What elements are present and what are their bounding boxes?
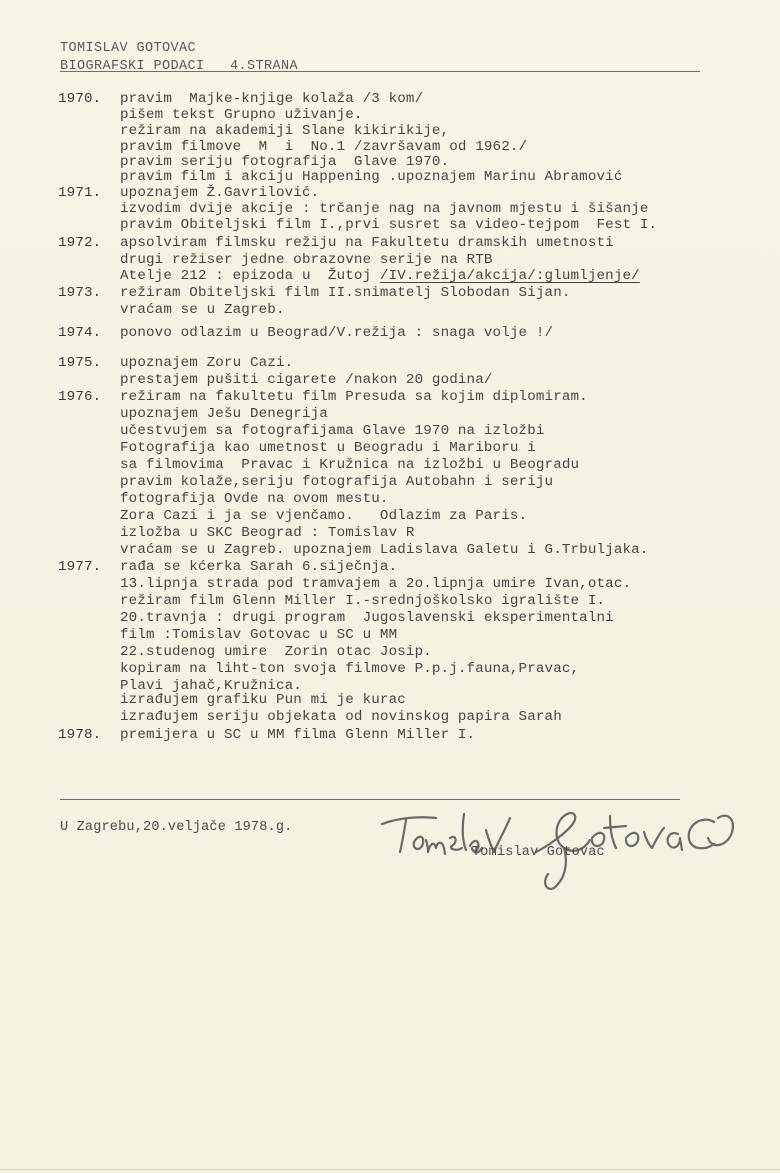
entry-row: učestvujem sa fotografijama Glave 1970 n… [58, 423, 778, 440]
entry-text: Fotografija kao umetnost u Beogradu i Ma… [120, 440, 778, 457]
entry-text: izložba u SKC Beograd : Tomislav R [120, 525, 778, 542]
entry-row: 1978.premijera u SC u MM filma Glenn Mil… [58, 727, 778, 744]
entry-text: učestvujem sa fotografijama Glave 1970 n… [120, 423, 778, 440]
entry-text-main: Fotografija kao umetnost u Beogradu i Ma… [120, 440, 536, 456]
entry-text-main: Zora Cazi i ja se vjenčamo. Odlazim za P… [120, 508, 527, 524]
entry-text: ponovo odlazim u Beograd/V.režija : snag… [120, 319, 778, 347]
entry-row: pišem tekst Grupno uživanje. [58, 107, 778, 123]
entry-text: 13.lipnja strada pod tramvajem a 2o.lipn… [120, 576, 778, 593]
entry-row: vraćam se u Zagreb. upoznajem Ladislava … [58, 542, 778, 559]
entry-text-main: Atelje 212 : epizoda u Žutoj [120, 268, 380, 284]
entry-text: režiram na akademiji Slane kikirikije, [120, 123, 778, 139]
entry-text: prestajem pušiti cigarete /nakon 20 godi… [120, 372, 778, 389]
entry-text: apsolviram filmsku režiju na Fakultetu d… [120, 234, 778, 252]
entry-row: 1972.apsolviram filmsku režiju na Fakult… [58, 234, 778, 252]
entry-text-main: rađa se kćerka Sarah 6.siječnja. [120, 559, 397, 575]
entry-text: upoznajem Ješu Denegrija [120, 406, 778, 423]
entry-text-main: upoznajem Ješu Denegrija [120, 406, 328, 422]
entry-year [58, 491, 120, 508]
entry-text-main: režiram na fakultetu film Presuda sa koj… [120, 389, 588, 405]
entry-row: sa filmovima Pravac i Kružnica na izložb… [58, 457, 778, 474]
entry-text-main: pravim filmove M i No.1 /završavam od 19… [120, 139, 527, 155]
entry-text-main: pišem tekst Grupno uživanje. [120, 107, 363, 123]
entry-row: Fotografija kao umetnost u Beogradu i Ma… [58, 440, 778, 457]
entry-year [58, 694, 120, 707]
entry-row: 22.studenog umire Zorin otac Josip. [58, 644, 778, 661]
entry-year: 1978. [58, 727, 120, 744]
entry-text-main: režiram na akademiji Slane kikirikije, [120, 123, 449, 139]
entry-text: pravim Majke-knjige kolaža /3 kom/ [120, 91, 778, 107]
entry-row: vraćam se u Zagreb. [58, 302, 778, 319]
entry-text-main: upoznajem Ž.Gavrilović. [120, 185, 319, 201]
place-and-date: U Zagrebu,20.veljače 1978.g. [60, 820, 292, 835]
entry-row: pravim kolaže,seriju fotografija Autobah… [58, 474, 778, 491]
entry-text-main: izvodim dvije akcije : trčanje nag na ja… [120, 201, 649, 217]
entry-text: kopiram na liht-ton svoja filmove P.p.j.… [120, 661, 778, 678]
entry-row: drugi režiser jedne obrazovne serije na … [58, 252, 778, 268]
entry-year [58, 139, 120, 155]
entry-year: 1977. [58, 559, 120, 576]
entry-text-main: premijera u SC u MM filma Glenn Miller I… [120, 727, 475, 743]
entry-year: 1972. [58, 234, 120, 252]
entry-text-main: izložba u SKC Beograd : Tomislav R [120, 525, 415, 541]
entry-row: 1976.režiram na fakultetu film Presuda s… [58, 389, 778, 406]
entry-text-main: sa filmovima Pravac i Kružnica na izložb… [120, 457, 579, 473]
entry-year [58, 661, 120, 678]
entry-year [58, 268, 120, 285]
entry-text: Atelje 212 : epizoda u Žutoj /IV.režija/… [120, 268, 778, 285]
handwritten-signature [378, 792, 758, 892]
biography-entries: 1970.pravim Majke-knjige kolaža /3 kom/p… [58, 91, 778, 744]
entry-text-main: vraćam se u Zagreb. upoznajem Ladislava … [120, 542, 649, 558]
entry-year [58, 169, 120, 185]
entry-text-main: izrađujem grafiku Pun mi je kurac [120, 692, 406, 708]
entry-text: režiram Obiteljski film II.snimatelj Slo… [120, 285, 778, 302]
entry-year [58, 107, 120, 123]
entry-year [58, 593, 120, 610]
entry-year: 1975. [58, 355, 120, 372]
entry-year [58, 576, 120, 593]
entry-year [58, 707, 120, 727]
entry-year [58, 508, 120, 525]
entry-year [58, 302, 120, 319]
entry-text: izrađujem grafiku Pun mi je kurac [120, 694, 778, 707]
entry-text-main: apsolviram filmsku režiju na Fakultetu d… [120, 235, 614, 251]
entry-text-main: ponovo odlazim u Beograd/V.režija : snag… [120, 325, 553, 341]
entry-text: izrađujem seriju objekata od novinskog p… [120, 707, 778, 727]
entry-text: režiram film Glenn Miller I.-srednjoškol… [120, 593, 778, 610]
entry-row: izvodim dvije akcije : trčanje nag na ja… [58, 201, 778, 217]
entry-year [58, 372, 120, 389]
entry-text-main: kopiram na liht-ton svoja filmove P.p.j.… [120, 661, 579, 677]
entry-text-main: 22.studenog umire Zorin otac Josip. [120, 644, 432, 660]
entry-row: kopiram na liht-ton svoja filmove P.p.j.… [58, 661, 778, 678]
entry-text: 20.travnja : drugi program Jugoslavenski… [120, 610, 778, 627]
entry-text: sa filmovima Pravac i Kružnica na izložb… [120, 457, 778, 474]
signature-icon [378, 792, 758, 892]
entry-text: pravim seriju fotografija Glave 1970. [120, 155, 778, 169]
entry-row: pravim Obiteljski film I.,prvi susret sa… [58, 217, 778, 234]
entry-year: 1971. [58, 185, 120, 201]
entry-text-main: 13.lipnja strada pod tramvajem a 2o.lipn… [120, 576, 631, 592]
entry-row: 20.travnja : drugi program Jugoslavenski… [58, 610, 778, 627]
entry-text-main: pravim film i akciju Happening .upoznaje… [120, 169, 623, 185]
entry-text-main: film :Tomislav Gotovac u SC u MM [120, 627, 397, 643]
entry-row: 13.lipnja strada pod tramvajem a 2o.lipn… [58, 576, 778, 593]
entry-text: 22.studenog umire Zorin otac Josip. [120, 644, 778, 661]
entry-year [58, 610, 120, 627]
entry-row: izrađujem grafiku Pun mi je kurac [58, 694, 778, 707]
entry-year [58, 627, 120, 644]
entry-text: premijera u SC u MM filma Glenn Miller I… [120, 727, 778, 744]
entry-row: 1974.ponovo odlazim u Beograd/V.režija :… [58, 319, 778, 347]
entry-row: prestajem pušiti cigarete /nakon 20 godi… [58, 372, 778, 389]
entry-text-main: režiram Obiteljski film II.snimatelj Slo… [120, 285, 571, 301]
entry-row: 1971.upoznajem Ž.Gavrilović. [58, 185, 778, 201]
entry-text: pišem tekst Grupno uživanje. [120, 107, 778, 123]
entry-year [58, 406, 120, 423]
entry-text: izvodim dvije akcije : trčanje nag na ja… [120, 201, 778, 217]
entry-text-main: režiram film Glenn Miller I.-srednjoškol… [120, 593, 605, 609]
entry-row: izrađujem seriju objekata od novinskog p… [58, 707, 778, 727]
entry-row: izložba u SKC Beograd : Tomislav R [58, 525, 778, 542]
entry-year [58, 678, 120, 694]
entry-year [58, 457, 120, 474]
entry-text: pravim film i akciju Happening .upoznaje… [120, 169, 778, 185]
entry-row: pravim filmove M i No.1 /završavam od 19… [58, 139, 778, 155]
entry-row: Zora Cazi i ja se vjenčamo. Odlazim za P… [58, 508, 778, 525]
entry-text-main: pravim seriju fotografija Glave 1970. [120, 154, 449, 170]
entry-year [58, 474, 120, 491]
entry-year: 1970. [58, 91, 120, 107]
entry-text-main: izrađujem seriju objekata od novinskog p… [120, 709, 562, 725]
entry-text: Zora Cazi i ja se vjenčamo. Odlazim za P… [120, 508, 778, 525]
entry-text: film :Tomislav Gotovac u SC u MM [120, 627, 778, 644]
entry-text-main: prestajem pušiti cigarete /nakon 20 godi… [120, 372, 493, 388]
entry-text-main: drugi režiser jedne obrazovne serije na … [120, 252, 493, 268]
entry-year [58, 440, 120, 457]
entry-text: rađa se kćerka Sarah 6.siječnja. [120, 559, 778, 576]
entry-row: pravim seriju fotografija Glave 1970. [58, 155, 778, 169]
entry-year [58, 123, 120, 139]
entry-row: 1977.rađa se kćerka Sarah 6.siječnja. [58, 559, 778, 576]
entry-row: 1975.upoznajem Zoru Cazi. [58, 355, 778, 372]
author-name: TOMISLAV GOTOVAC [60, 40, 298, 58]
entry-text: pravim Obiteljski film I.,prvi susret sa… [120, 217, 778, 234]
page-label: BIOGRAFSKI PODACI 4.STRANA [60, 58, 298, 76]
entry-row: 1973.režiram Obiteljski film II.snimatel… [58, 285, 778, 302]
entry-text-main: pravim Obiteljski film I.,prvi susret sa… [120, 217, 657, 233]
entry-year: 1974. [58, 319, 120, 347]
entry-text-main: pravim kolaže,seriju fotografija Autobah… [120, 474, 553, 490]
entry-text: upoznajem Ž.Gavrilović. [120, 185, 778, 201]
entry-year [58, 644, 120, 661]
entry-text-main: 20.travnja : drugi program Jugoslavenski… [120, 610, 614, 626]
entry-text: vraćam se u Zagreb. [120, 302, 778, 319]
entry-text-main: fotografija Ovde na ovom mestu. [120, 491, 389, 507]
typed-signature-name: Tomislav Gotovac [472, 845, 605, 860]
entry-year [58, 155, 120, 169]
entry-year [58, 201, 120, 217]
entry-year [58, 252, 120, 268]
entry-row: režiram na akademiji Slane kikirikije, [58, 123, 778, 139]
entry-text: režiram na fakultetu film Presuda sa koj… [120, 389, 778, 406]
entry-row: Atelje 212 : epizoda u Žutoj /IV.režija/… [58, 268, 778, 285]
entry-row: fotografija Ovde na ovom mestu. [58, 491, 778, 508]
entry-year: 1973. [58, 285, 120, 302]
entry-text: pravim filmove M i No.1 /završavam od 19… [120, 139, 778, 155]
entry-text [120, 347, 778, 355]
entry-row: film :Tomislav Gotovac u SC u MM [58, 627, 778, 644]
entry-year [58, 525, 120, 542]
entry-year [58, 423, 120, 440]
entry-year [58, 217, 120, 234]
entry-row: 1970.pravim Majke-knjige kolaža /3 kom/ [58, 91, 778, 107]
entry-year: 1976. [58, 389, 120, 406]
entry-text: upoznajem Zoru Cazi. [120, 355, 778, 372]
entry-row: režiram film Glenn Miller I.-srednjoškol… [58, 593, 778, 610]
entry-text: drugi režiser jedne obrazovne serije na … [120, 252, 778, 268]
entry-year [58, 347, 120, 355]
entry-text-main: vraćam se u Zagreb. [120, 302, 285, 318]
entry-text-main: učestvujem sa fotografijama Glave 1970 n… [120, 423, 545, 439]
entry-row [58, 347, 778, 355]
paper-bottom-edge [0, 1169, 780, 1170]
entry-row: upoznajem Ješu Denegrija [58, 406, 778, 423]
entry-year [58, 542, 120, 559]
entry-text-underlined: /IV.režija/akcija/:glumljenje/ [380, 268, 640, 284]
entry-row: pravim film i akciju Happening .upoznaje… [58, 169, 778, 185]
entry-text-main: pravim Majke-knjige kolaža /3 kom/ [120, 91, 423, 107]
entry-text: pravim kolaže,seriju fotografija Autobah… [120, 474, 778, 491]
header-divider [60, 71, 700, 72]
entry-text: vraćam se u Zagreb. upoznajem Ladislava … [120, 542, 778, 559]
entry-text-main: upoznajem Zoru Cazi. [120, 355, 293, 371]
entry-text: fotografija Ovde na ovom mestu. [120, 491, 778, 508]
